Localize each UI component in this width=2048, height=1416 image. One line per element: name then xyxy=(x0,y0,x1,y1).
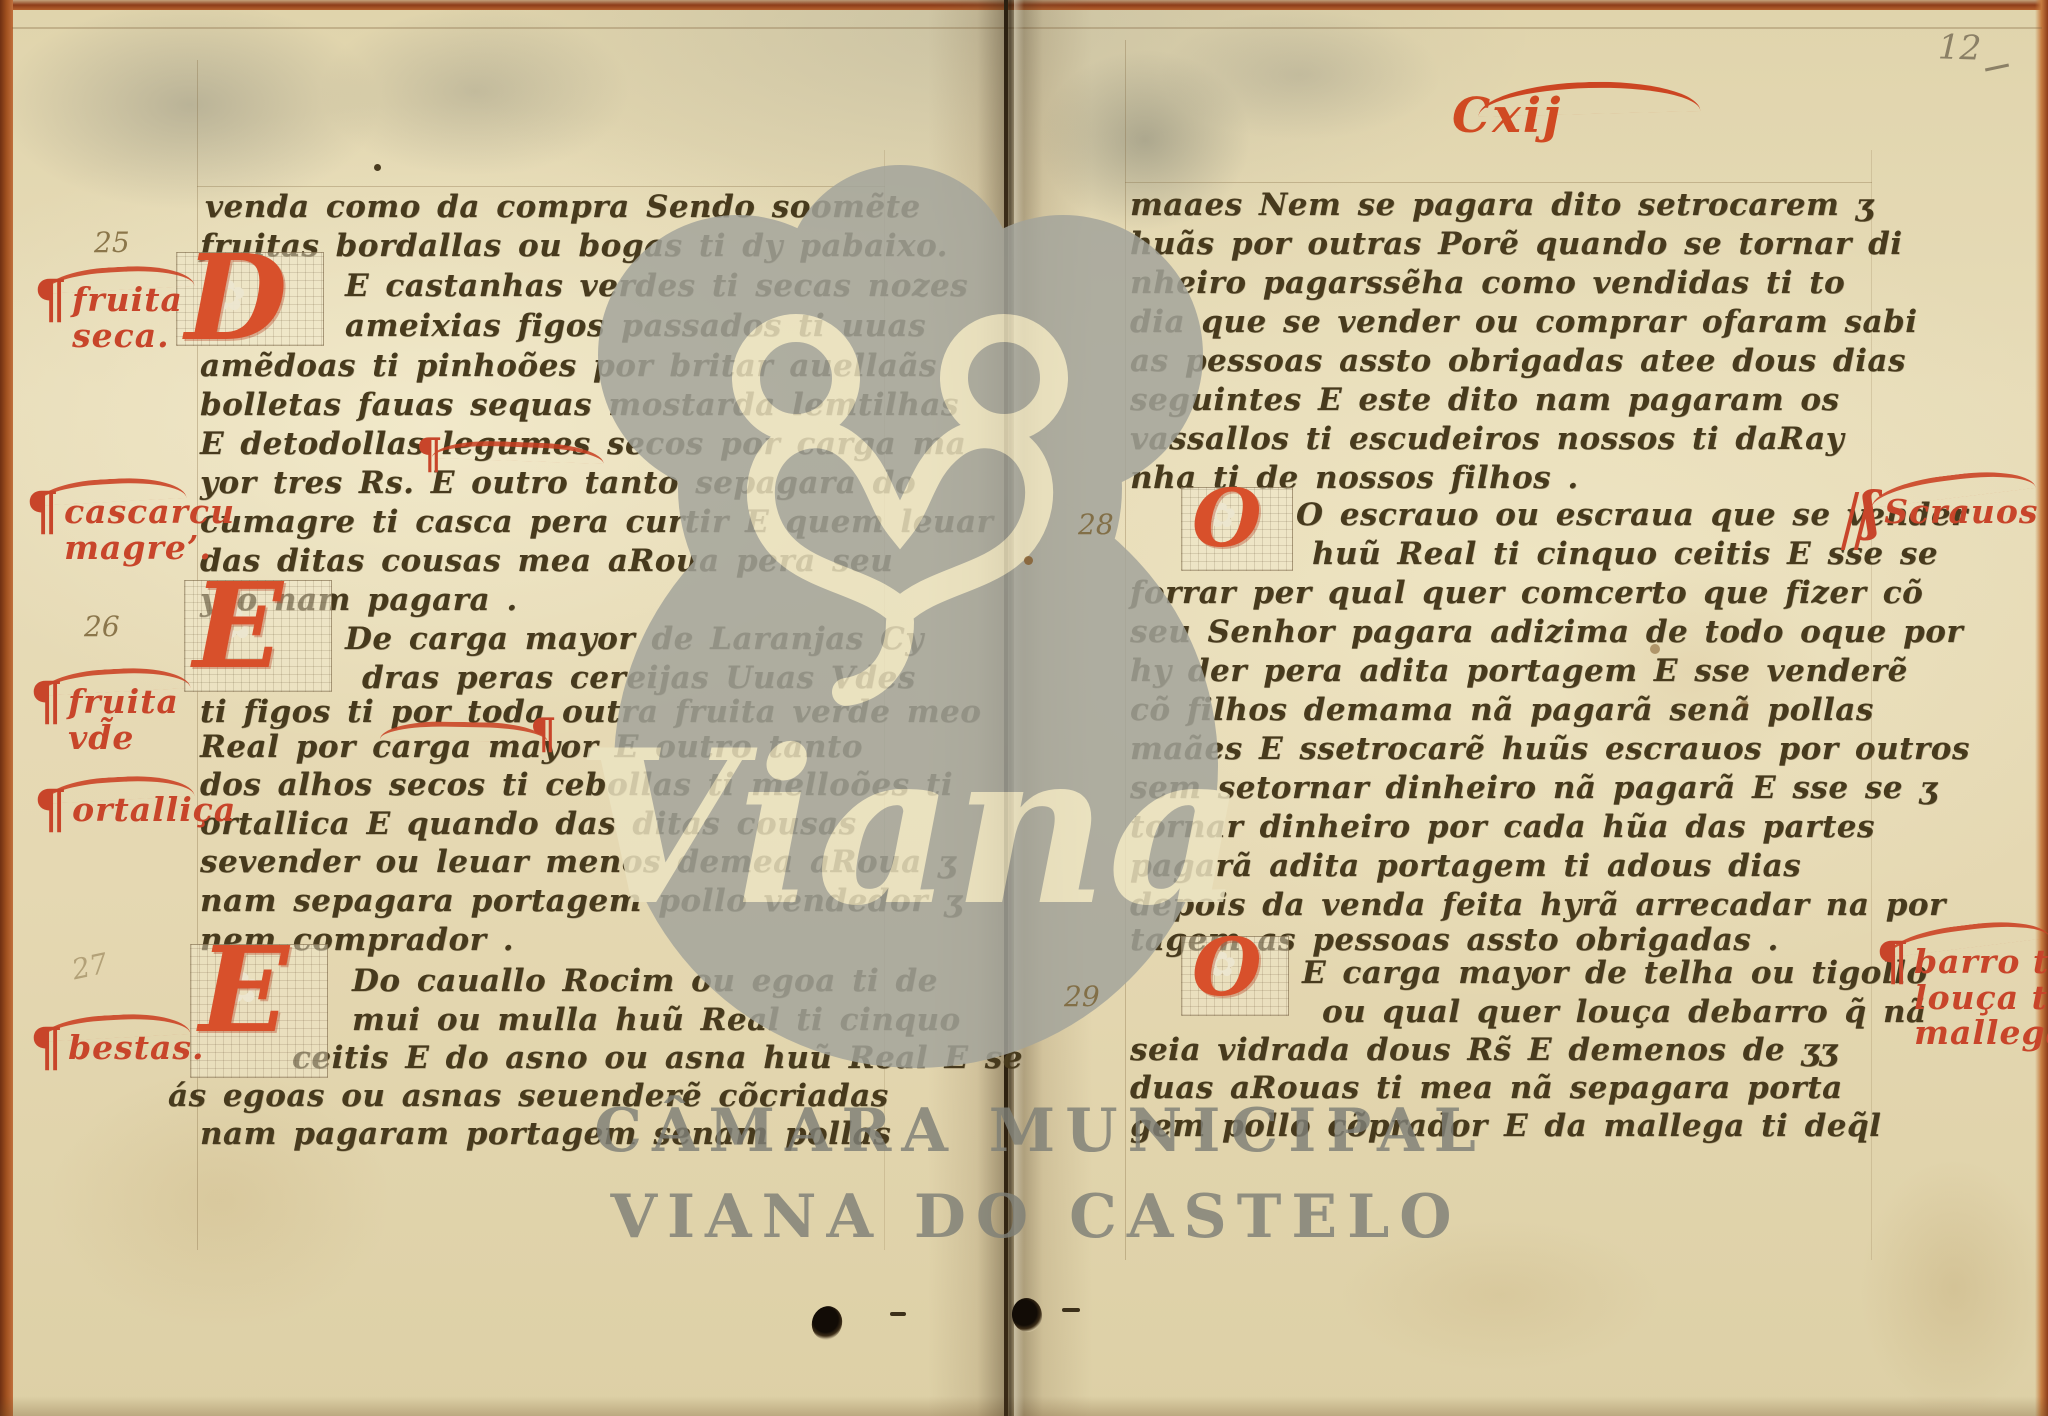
rubric-text: fruita vd̃e xyxy=(68,684,179,755)
initial-letter: E xyxy=(193,567,283,685)
manuscript-line: E carga mayor de telha ou tigollo xyxy=(1302,958,1928,989)
pilcrow-mark: ¶ xyxy=(1876,940,1909,1047)
watermark-org-line1: CÂMARA MUNICIPAL xyxy=(594,1096,1486,1166)
watermark-script-text: Viana xyxy=(575,703,1245,952)
ink-dash xyxy=(890,1312,906,1316)
foxing-stain xyxy=(1860,1160,2048,1416)
illuminated-initial: ✿ E xyxy=(184,580,332,692)
page-fore-edge xyxy=(2035,0,2048,1416)
pilcrow-mark: ¶ xyxy=(416,436,443,472)
pilcrow-mark: ¶ xyxy=(530,716,557,752)
ink-dash xyxy=(1062,1308,1080,1312)
illuminated-initial: ✿ O xyxy=(1181,936,1289,1016)
initial-letter: O xyxy=(1192,927,1262,1007)
smoke-stain xyxy=(0,0,380,210)
pilcrow-mark: ¶ xyxy=(26,490,59,561)
rubric-text: fruita seca. xyxy=(72,282,183,353)
margin-folio-number: 28 xyxy=(1078,508,1114,541)
page-number-pencil: 12 xyxy=(1937,27,1982,68)
smoke-stain xyxy=(1160,10,1440,140)
manuscript-scan: venda como da compra Sendo soomẽtefruita… xyxy=(0,0,2048,1416)
manuscript-line: maães E ssetrocarẽ huũs escrauos por out… xyxy=(1130,734,1970,765)
pilcrow-mark: ¶ xyxy=(34,278,67,349)
folio-header-numeral: Cxij xyxy=(1452,88,1562,144)
rubric-label: ¶ fruita seca. xyxy=(34,282,183,353)
illuminated-initial: ✿ O xyxy=(1181,487,1293,571)
manuscript-line: forrar per qual quer comcerto que fizer … xyxy=(1130,578,1923,609)
manuscript-line: ou qual quer louça debarro q̃ nã xyxy=(1322,997,1927,1028)
binding-edge-left xyxy=(0,0,13,1416)
watermark-org-line2: VIANA DO CASTELO xyxy=(610,1182,1461,1252)
ink-spot xyxy=(374,164,381,171)
rubric-label: ¶ cascarcu magre’. xyxy=(26,494,235,565)
ink-spot xyxy=(1740,700,1748,708)
illuminated-initial: ✿ D xyxy=(176,252,324,346)
margin-folio-number: 27 xyxy=(69,947,111,987)
ink-spot xyxy=(1024,556,1033,565)
margin-folio-number: 26 xyxy=(84,610,120,643)
initial-letter: D xyxy=(185,239,287,357)
rubric-label: ¶ bestas. xyxy=(30,1030,204,1074)
margin-folio-number: 29 xyxy=(1064,980,1100,1013)
rubric-text: cascarcu magre’. xyxy=(64,494,235,565)
initial-letter: E xyxy=(199,931,289,1049)
illuminated-initial: ✿ E xyxy=(190,944,328,1078)
initial-letter: O xyxy=(1192,478,1262,558)
viana-heart-watermark: Viana xyxy=(548,140,1248,1078)
ink-spot xyxy=(1650,644,1660,654)
manuscript-line: seu Senhor pagara adizima de todo oque p… xyxy=(1130,617,1963,648)
rubric-text: barro ti louça ti mallega xyxy=(1914,944,2048,1051)
rubric-label: ¶ fruita vd̃e xyxy=(30,684,179,755)
margin-folio-number: 25 xyxy=(94,226,130,259)
wormhole xyxy=(807,1302,846,1344)
rubric-label: ¶ ortalliça xyxy=(34,792,236,836)
pilcrow-mark: ¶ xyxy=(34,788,67,832)
rubric-label: ¶ xyxy=(530,720,562,756)
rubric-label: ¶ barro ti louça ti mallega xyxy=(1876,944,2048,1051)
rubric-label: ¶ xyxy=(416,440,448,476)
pilcrow-mark: ¶ xyxy=(30,1026,63,1070)
manuscript-line: depois da venda feita hyrã arrecadar na … xyxy=(1130,890,1946,921)
pilcrow-mark: ¶ xyxy=(30,680,63,751)
page-number-tail-stroke xyxy=(1985,64,2009,72)
manuscript-line: dia que se vender ou comprar ofaram sabi xyxy=(1130,307,1918,338)
rubric-label: ʃ Scrauos xyxy=(1862,494,2039,538)
manuscript-line: sem setornar dinheiro nã pagarã E sse se… xyxy=(1130,773,1937,804)
